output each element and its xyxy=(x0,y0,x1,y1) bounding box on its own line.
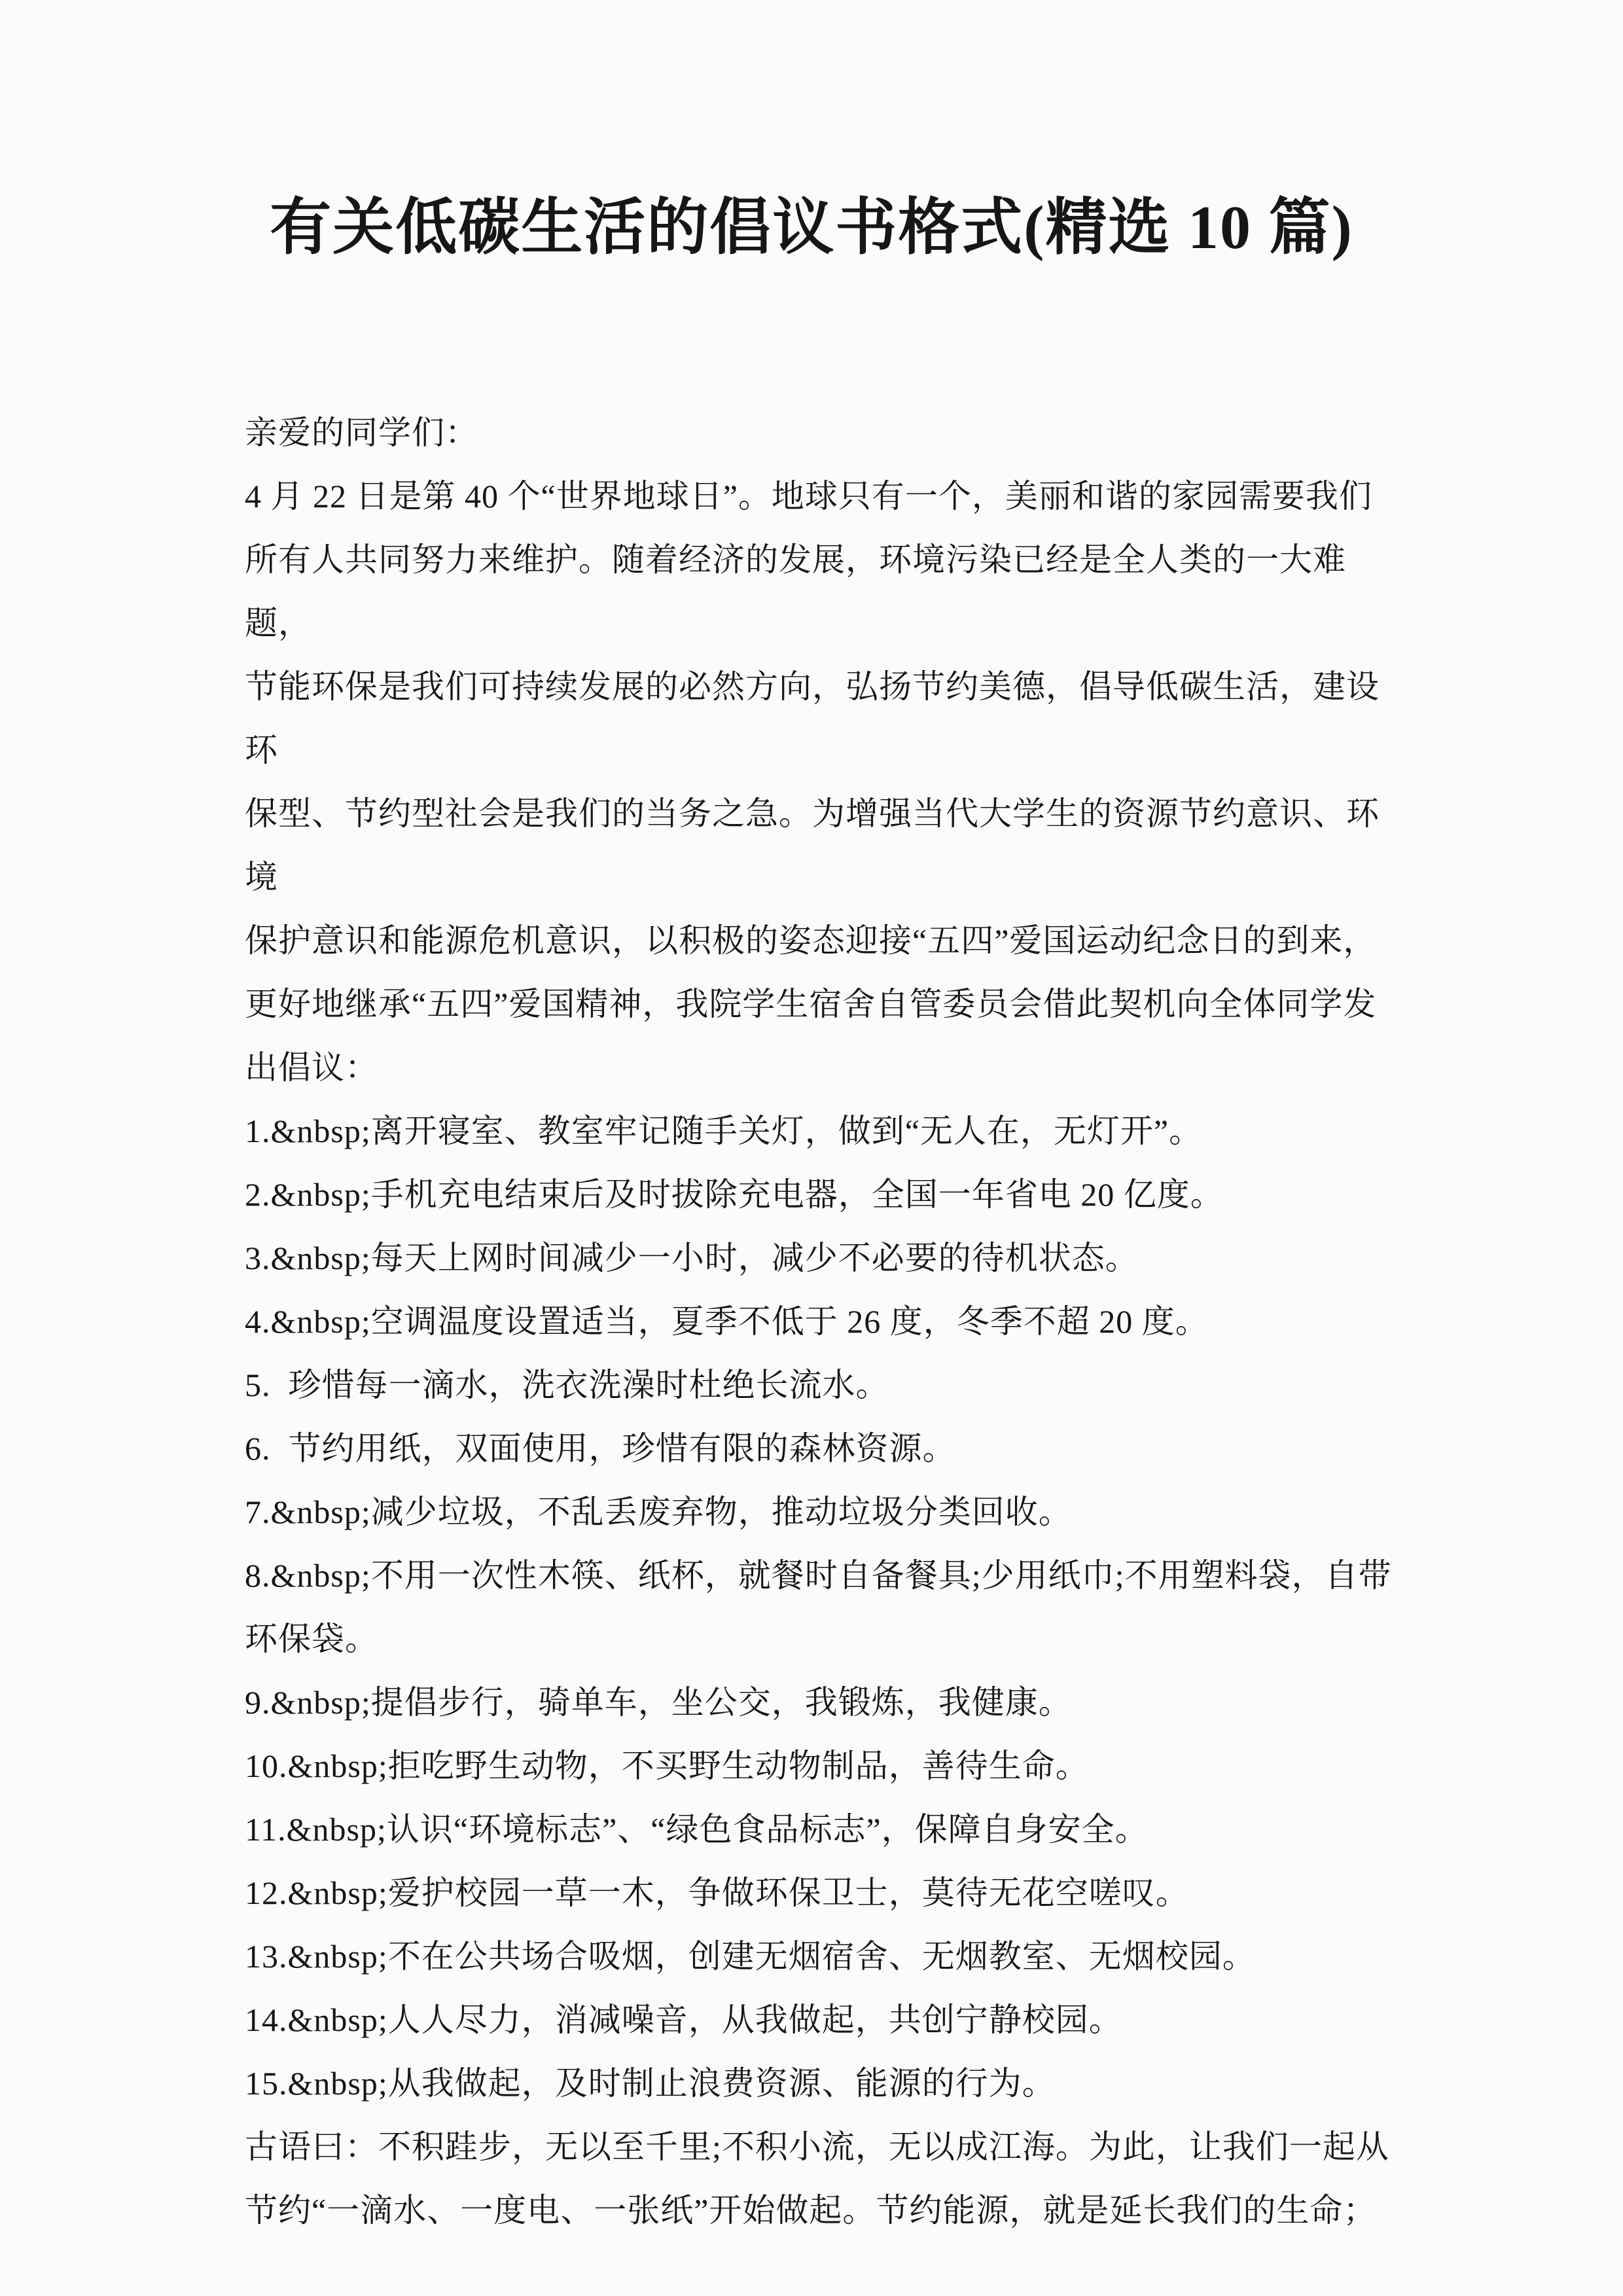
document-page: { "colors": { "background": "#fbfbfb", "… xyxy=(0,0,1623,2296)
text-line: 保型、节约型社会是我们的当务之急。为增强当代大学生的资源节约意识、环境 xyxy=(245,782,1393,909)
text-line: 13.&nbsp;不在公共场合吸烟，创建无烟宿舍、无烟教室、无烟校园。 xyxy=(245,1925,1393,1988)
text-line: 1.&nbsp;离开寝室、教室牢记随手关灯，做到“无人在，无灯开”。 xyxy=(245,1100,1393,1163)
text-line: 5. 珍惜每一滴水，洗衣洗澡时杜绝长流水。 xyxy=(245,1354,1393,1417)
text-line: 出倡议： xyxy=(245,1036,1393,1100)
text-line: 2.&nbsp;手机充电结束后及时拔除充电器，全国一年省电 20 亿度。 xyxy=(245,1163,1393,1227)
text-line: 古语曰：不积跬步，无以至千里;不积小流，无以成江海。为此，让我们一起从 xyxy=(245,2115,1393,2179)
text-line: 3.&nbsp;每天上网时间减少一小时，减少不必要的待机状态。 xyxy=(245,1227,1393,1290)
text-line: 4 月 22 日是第 40 个“世界地球日”。地球只有一个，美丽和谐的家园需要我… xyxy=(245,465,1393,528)
text-line: 11.&nbsp;认识“环境标志”、“绿色食品标志”，保障自身安全。 xyxy=(245,1798,1393,1861)
text-line: 9.&nbsp;提倡步行，骑单车，坐公交，我锻炼，我健康。 xyxy=(245,1671,1393,1734)
text-line: 7.&nbsp;减少垃圾，不乱丢废弃物，推动垃圾分类回收。 xyxy=(245,1480,1393,1544)
text-line: 8.&nbsp;不用一次性木筷、纸杯，就餐时自备餐具;少用纸巾;不用塑料袋，自带 xyxy=(245,1544,1393,1607)
text-line: 15.&nbsp;从我做起，及时制止浪费资源、能源的行为。 xyxy=(245,2052,1393,2115)
text-line: 所有人共同努力来维护。随着经济的发展，环境污染已经是全人类的一大难题， xyxy=(245,528,1393,655)
text-line: 6. 节约用纸，双面使用，珍惜有限的森林资源。 xyxy=(245,1417,1393,1480)
text-line: 14.&nbsp;人人尽力，消减噪音，从我做起，共创宁静校园。 xyxy=(245,1988,1393,2052)
document-body: 亲爱的同学们：4 月 22 日是第 40 个“世界地球日”。地球只有一个，美丽和… xyxy=(0,401,1623,2242)
text-line: 10.&nbsp;拒吃野生动物，不买野生动物制品，善待生命。 xyxy=(245,1734,1393,1798)
document-title: 有关低碳生活的倡议书格式(精选 10 篇) xyxy=(0,0,1623,265)
text-line: 保护意识和能源危机意识，以积极的姿态迎接“五四”爱国运动纪念日的到来， xyxy=(245,909,1393,973)
document-page-inner: 有关低碳生活的倡议书格式(精选 10 篇) 亲爱的同学们：4 月 22 日是第 … xyxy=(0,0,1623,2296)
text-line: 环保袋。 xyxy=(245,1607,1393,1671)
text-line: 节能环保是我们可持续发展的必然方向，弘扬节约美德，倡导低碳生活，建设环 xyxy=(245,655,1393,782)
text-line: 节约“一滴水、一度电、一张纸”开始做起。节约能源，就是延长我们的生命； xyxy=(245,2179,1393,2242)
text-line: 亲爱的同学们： xyxy=(245,401,1393,465)
text-line: 12.&nbsp;爱护校园一草一木，争做环保卫士，莫待无花空嗟叹。 xyxy=(245,1861,1393,1925)
text-line: 更好地继承“五四”爱国精神，我院学生宿舍自管委员会借此契机向全体同学发 xyxy=(245,973,1393,1036)
text-line: 4.&nbsp;空调温度设置适当，夏季不低于 26 度，冬季不超 20 度。 xyxy=(245,1290,1393,1354)
